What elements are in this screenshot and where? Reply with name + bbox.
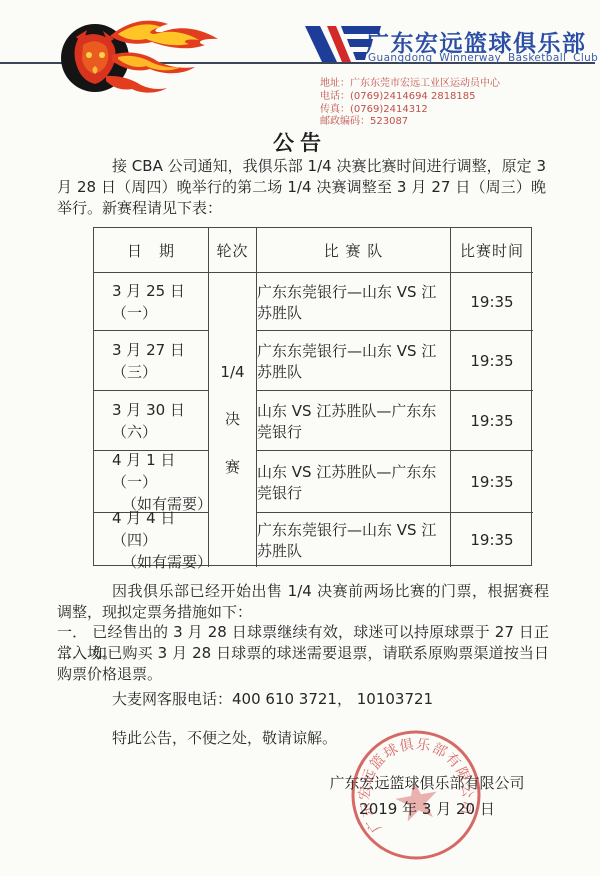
signature-company: 广东宏远篮球俱乐部有限公司 xyxy=(327,772,527,793)
table-time-cell: 19:35 xyxy=(451,331,533,391)
hotline-line: 大麦网客服电话：400 610 3721， 10103721 xyxy=(112,688,433,709)
table-time-cell: 19:35 xyxy=(451,273,533,331)
table-date-cell: 3 月 25 日 （一） xyxy=(94,273,209,331)
table-time-cell: 19:35 xyxy=(451,451,533,513)
contact-address: 地址：广东东莞市宏远工业区运动员中心 xyxy=(320,78,500,91)
ticket-item-2: 二． 如已购买 3 月 28 日球票的球迷需要退票，请联系原购票渠道按当日购票价… xyxy=(57,643,549,685)
signature-date: 2019 年 3 月 20 日 xyxy=(327,798,527,819)
table-time-cell: 19:35 xyxy=(451,513,533,567)
closing-line: 特此公告，不便之处，敬请谅解。 xyxy=(112,727,337,748)
ticket-intro-paragraph: 因我俱乐部已经开始出售 1/4 决赛前两场比赛的门票，根据赛程调整，现拟定票务措… xyxy=(57,581,549,623)
table-date-cell: 4 月 4 日 （四）（如有需要） xyxy=(94,513,209,567)
table-date-cell: 3 月 30 日 （六） xyxy=(94,391,209,451)
contact-phone: 电话：(0769)2414694 2818185 xyxy=(320,91,500,104)
table-time-cell: 19:35 xyxy=(451,391,533,451)
table-header-date: 日 期 xyxy=(94,228,209,273)
signature-block: 广东宏远篮球俱乐部有限公司 2019 年 3 月 20 日 xyxy=(327,772,527,819)
notice-title: 公告 xyxy=(0,127,600,157)
table-date-cell: 4 月 1 日 （一）（如有需要） xyxy=(94,451,209,513)
table-teams-cell: 山东 VS 江苏胜队—广东东莞银行 xyxy=(257,451,451,513)
club-name-english: Guangdong Winnerway Basketball Club xyxy=(368,52,598,64)
table-teams-cell: 广东东莞银行—山东 VS 江苏胜队 xyxy=(257,273,451,331)
round-part: 1/4 xyxy=(220,363,244,381)
tiger-flame-logo-icon xyxy=(48,10,233,100)
table-teams-cell: 广东东莞银行—山东 VS 江苏胜队 xyxy=(257,513,451,567)
table-date-cell: 3 月 27 日 （三） xyxy=(94,331,209,391)
contact-fax: 传真：(0769)2414312 xyxy=(320,104,500,117)
table-header-teams: 比 赛 队 xyxy=(257,228,451,273)
winnerway-we-mark-icon xyxy=(303,25,383,63)
notice-page: { "header": { "club_name_cn": "广东宏远篮球俱乐部… xyxy=(0,0,600,876)
table-round-merged-cell: 1/4 决 赛 xyxy=(209,273,257,567)
round-part: 决 xyxy=(225,408,240,429)
table-teams-cell: 山东 VS 江苏胜队—广东东莞银行 xyxy=(257,391,451,451)
table-header-round: 轮次 xyxy=(209,228,257,273)
table-header-time: 比赛时间 xyxy=(451,228,533,273)
round-part: 赛 xyxy=(225,456,240,477)
contact-block: 地址：广东东莞市宏远工业区运动员中心 电话：(0769)2414694 2818… xyxy=(320,78,500,129)
intro-paragraph: 接 CBA 公司通知，我俱乐部 1/4 决赛比赛时间进行调整，原定 3 月 28… xyxy=(57,156,546,219)
schedule-table: 日 期 轮次 比 赛 队 比赛时间 1/4 决 赛 3 月 25 日 （一）广东… xyxy=(93,227,532,566)
table-teams-cell: 广东东莞银行—山东 VS 江苏胜队 xyxy=(257,331,451,391)
